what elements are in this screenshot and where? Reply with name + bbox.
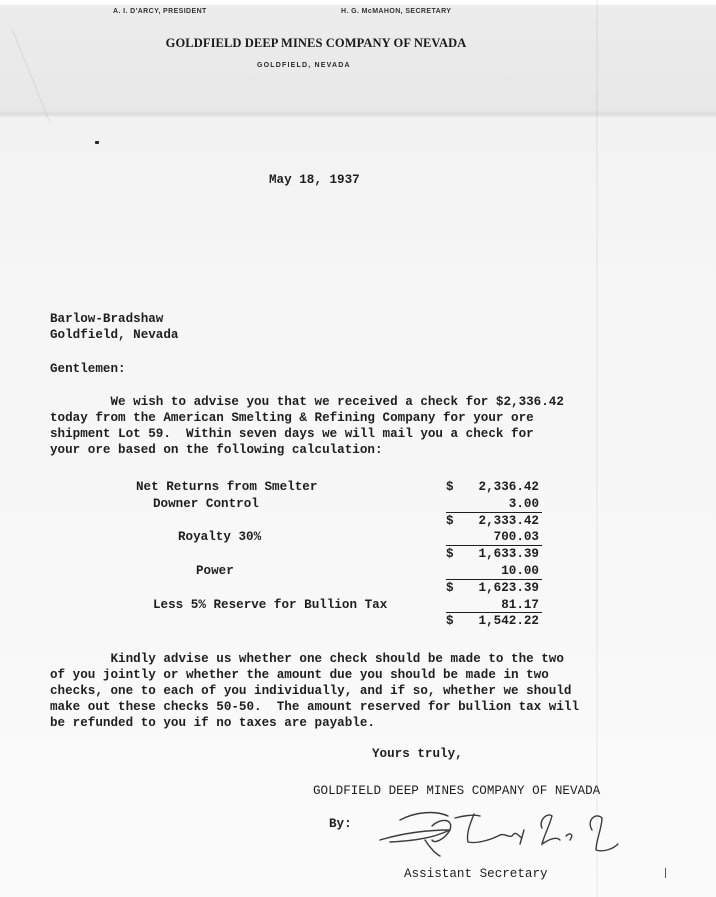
recipient-name: Barlow-Bradshaw [50, 311, 178, 327]
text-line: Kindly advise us whether one check shoul… [50, 651, 579, 667]
calculation-row: Less 5% Reserve for Bullion Tax81.17 [0, 597, 716, 614]
signature-company: GOLDFIELD DEEP MINES COMPANY OF NEVADA [313, 783, 600, 799]
calculation-row: Net Returns from Smelter$2,336.42 [0, 479, 716, 496]
amount-value: 1,623.39 [479, 581, 539, 595]
letter-date: May 18, 1937 [269, 172, 360, 188]
dollar-sign: $ [446, 479, 454, 495]
calculation-row: $1,542.22 [0, 613, 716, 630]
amount-value: 10.00 [501, 564, 539, 578]
paragraph-check-notice: We wish to advise you that we received a… [50, 394, 564, 458]
calculation-amount: 700.03 [446, 529, 539, 545]
calculation-row: Downer Control3.00 [0, 496, 716, 513]
dollar-sign: $ [446, 580, 454, 596]
amount-value: 1,542.22 [479, 614, 539, 628]
letterhead-city: GOLDFIELD, NEVADA [257, 62, 351, 69]
dollar-sign: $ [446, 613, 454, 629]
calculation-row: Power10.00 [0, 563, 716, 580]
calculation-amount: $2,336.42 [446, 479, 539, 495]
text-line: your ore based on the following calculat… [50, 442, 564, 458]
calculation-amount: $1,633.39 [446, 546, 539, 562]
closing: Yours truly, [372, 746, 463, 762]
calculation-amount: 3.00 [446, 496, 539, 512]
recipient-city: Goldfield, Nevada [50, 327, 178, 343]
handwritten-signature [370, 800, 700, 860]
text-line: today from the American Smelting & Refin… [50, 410, 564, 426]
dollar-sign: $ [446, 546, 454, 562]
company-name: GOLDFIELD DEEP MINES COMPANY OF NEVADA [166, 36, 467, 50]
paper-edge-mark [665, 868, 666, 878]
calculation-label: Royalty 30% [178, 529, 261, 545]
paper-fold-vertical [596, 0, 598, 897]
amount-value: 3.00 [509, 497, 539, 511]
letterhead-officers: A. I. D'ARCY, PRESIDENT H. G. McMAHON, S… [0, 8, 716, 20]
paragraph-check-instructions: Kindly advise us whether one check shoul… [50, 651, 579, 731]
amount-value: 700.03 [494, 530, 539, 544]
calculation-label: Power [196, 563, 234, 579]
calculation-row: $1,623.39 [0, 580, 716, 597]
amount-value: 2,333.42 [479, 514, 539, 528]
by-label: By: [329, 816, 352, 832]
text-line: make out these checks 50-50. The amount … [50, 699, 579, 715]
letterhead-company: GOLDFIELD DEEP MINES COMPANY OF NEVADA [0, 36, 716, 51]
secretary-name: H. G. McMAHON, SECRETARY [341, 8, 451, 15]
dollar-sign: $ [446, 513, 454, 529]
text-line: checks, one to each of you individually,… [50, 683, 579, 699]
letter-page: A. I. D'ARCY, PRESIDENT H. G. McMAHON, S… [0, 0, 716, 897]
text-line: be refunded to you if no taxes are payab… [50, 715, 579, 731]
calculation-amount: 81.17 [446, 597, 539, 613]
calculation-row: $1,633.39 [0, 546, 716, 563]
salutation: Gentlemen: [50, 361, 126, 377]
recipient-address: Barlow-BradshawGoldfield, Nevada [50, 311, 178, 343]
calculation-row: Royalty 30%700.03 [0, 529, 716, 546]
calculation-row: $2,333.42 [0, 513, 716, 530]
text-line: We wish to advise you that we received a… [50, 394, 564, 410]
calculation-label: Downer Control [153, 496, 259, 512]
amount-value: 1,633.39 [479, 547, 539, 561]
calculation-amount: 10.00 [446, 563, 539, 579]
amount-value: 2,336.42 [479, 480, 539, 494]
calculation-amount: $1,623.39 [446, 580, 539, 596]
amount-value: 81.17 [501, 598, 539, 612]
calculation-amount: $1,542.22 [446, 613, 539, 629]
calculation-amount: $2,333.42 [446, 513, 539, 529]
text-line: shipment Lot 59. Within seven days we wi… [50, 426, 564, 442]
calculation-label: Less 5% Reserve for Bullion Tax [153, 597, 387, 613]
president-name: A. I. D'ARCY, PRESIDENT [113, 8, 207, 15]
signer-title: Assistant Secretary [404, 866, 548, 882]
text-line: of you jointly or whether the amount due… [50, 667, 579, 683]
calculation-label: Net Returns from Smelter [136, 479, 317, 495]
ink-speck [95, 141, 99, 144]
